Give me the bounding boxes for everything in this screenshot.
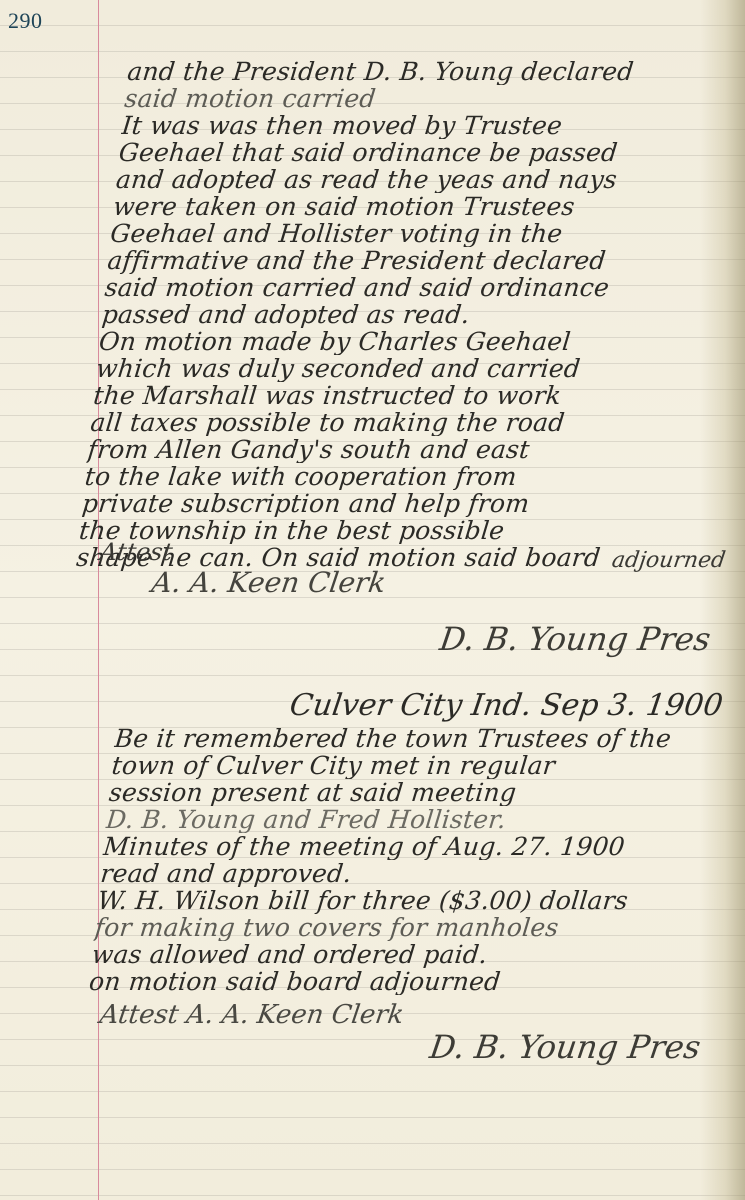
text-line: the Marshall was instructed to work: [92, 382, 735, 409]
attest-line: Attest A. A. Keen Clerk: [98, 1000, 406, 1030]
text-line: On motion made by Charles Geehael: [98, 328, 741, 355]
text-line: were taken on said motion Trustees: [112, 193, 745, 220]
text-line: which was duly seconded and carried: [95, 355, 738, 382]
text-line: from Allen Gandy's south and east: [86, 436, 729, 463]
text-line: all taxes possible to making the road: [89, 409, 732, 436]
text-line: session present at said meeting: [108, 779, 745, 806]
entry1-body: and the President D. B. Young declared s…: [75, 58, 745, 571]
text-line: read and approved.: [99, 860, 742, 887]
president-signature-2: D. B. Young Pres: [427, 1028, 703, 1066]
text-line: the township in the best possible: [78, 517, 721, 544]
text-line: and the President D. B. Young declared: [126, 58, 745, 85]
text-line: D. B. Young and Fred Hollister.: [105, 806, 745, 833]
text-line: affirmative and the President declared: [106, 247, 745, 274]
text-line: Be it remembered the town Trustees of th…: [113, 725, 745, 752]
text-line: to the lake with cooperation from: [84, 463, 727, 490]
entry2-body: Be it remembered the town Trustees of th…: [88, 725, 745, 995]
text-line: Geehael and Hollister voting in the: [109, 220, 745, 247]
entry2-heading: Culver City Ind. Sep 3. 1900: [288, 688, 725, 723]
text-line: passed and adopted as read.: [101, 301, 744, 328]
text-line: It was was then moved by Trustee: [120, 112, 745, 139]
text-line: town of Culver City met in regular: [111, 752, 745, 779]
text-line: Geehael that said ordinance be passed: [118, 139, 745, 166]
clerk-signature: A. A. Keen Clerk: [150, 566, 388, 599]
attest-label: Attest: [98, 538, 174, 566]
text-line: and adopted as read the yeas and nays: [115, 166, 745, 193]
text-line: Minutes of the meeting of Aug. 27. 1900: [102, 833, 745, 860]
text-line: said motion carried and said ordinance: [103, 274, 745, 301]
page-number: 290: [8, 8, 43, 34]
text-line: said motion carried: [123, 85, 745, 112]
president-signature: D. B. Young Pres: [437, 620, 713, 658]
text-line: W. H. Wilson bill for three ($3.00) doll…: [96, 887, 739, 914]
text-line: for making two covers for manholes: [93, 914, 736, 941]
adjourned-word: adjourned: [610, 548, 727, 573]
text-line: private subscription and help from: [81, 490, 724, 517]
text-line: on motion said board adjourned: [88, 968, 731, 995]
text-line: was allowed and ordered paid.: [91, 941, 734, 968]
ledger-page: 290 and the President D. B. Young declar…: [0, 0, 745, 1200]
